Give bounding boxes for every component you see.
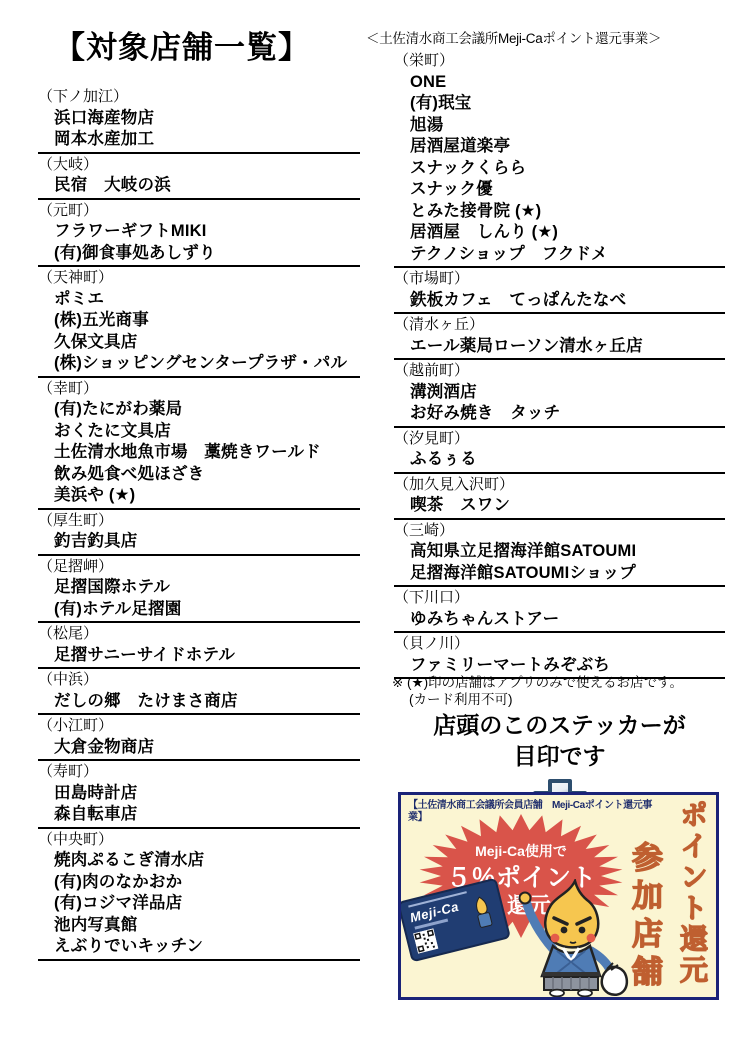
sticker-image: 【土佐清水商工会議所会員店舗 Meji-Caポイント還元事業】 Meji-Ca使…	[398, 792, 719, 1000]
callout-line-1: 店頭のこのステッカーが	[394, 710, 725, 741]
area-section: （中浜） だしの郷 たけまさ商店	[38, 669, 360, 715]
area-section: （汐見町） ふるぅる	[394, 428, 725, 474]
store-name: とみた接骨院 (★)	[394, 201, 725, 223]
store-name: (有)肉のなかおか	[38, 872, 360, 894]
store-name: 飲み処食べ処ほざき	[38, 464, 360, 486]
store-name: ふるぅる	[394, 449, 725, 471]
store-name: 久保文具店	[38, 332, 360, 354]
store-name: (株)ショッピングセンタープラザ・パル	[38, 353, 360, 375]
store-name: ポミエ	[38, 289, 360, 311]
store-name: フラワーギフトMIKI	[38, 221, 360, 243]
store-name: 旭湯	[394, 115, 725, 137]
area-name: （小江町）	[38, 715, 360, 737]
store-name: 土佐清水地魚市場 藁焼きワールド	[38, 442, 360, 464]
area-section: （下川口） ゆみちゃんストアー	[394, 587, 725, 633]
area-section: （越前町） 溝渕酒店お好み焼き タッチ	[394, 360, 725, 428]
note-line-1: ※ (★)印の店舗はアプリのみで使えるお店です。	[392, 674, 732, 691]
area-name: （栄町）	[394, 50, 725, 72]
area-name: （清水ヶ丘）	[394, 314, 725, 336]
area-section: （厚生町） 釣吉釣具店	[38, 510, 360, 556]
store-name: 釣吉釣具店	[38, 531, 360, 553]
store-name: 居酒屋道楽亭	[394, 136, 725, 158]
store-name: 美浜や (★)	[38, 485, 360, 507]
store-name: (有)御食事処あしずり	[38, 243, 360, 265]
store-name: 足摺海洋館SATOUMIショップ	[394, 563, 725, 585]
card-mascot-icon	[470, 894, 496, 931]
store-name: (有)コジマ洋品店	[38, 893, 360, 915]
area-name: （貝ノ川）	[394, 633, 725, 655]
area-name: （寿町）	[38, 761, 360, 783]
store-name: 民宿 大岐の浜	[38, 175, 360, 197]
store-name: 高知県立足摺海洋館SATOUMI	[394, 541, 725, 563]
area-name: （幸町）	[38, 378, 360, 400]
store-name: 浜口海産物店	[38, 108, 360, 130]
area-section: （元町） フラワーギフトMIKI(有)御食事処あしずり	[38, 200, 360, 268]
area-section: （寿町） 田島時計店森自転車店	[38, 761, 360, 829]
program-subtitle: ＜土佐清水商工会議所Meji-Caポイント還元事業＞	[366, 27, 661, 47]
mascot-character	[497, 879, 639, 997]
store-name: エール薬局ローソン清水ヶ丘店	[394, 336, 725, 358]
store-name: 鉄板カフェ てっぱんたなべ	[394, 290, 725, 312]
store-name: 池内写真館	[38, 915, 360, 937]
burst-line-1: Meji-Ca使用で	[475, 843, 567, 859]
store-name: (有)珉宝	[394, 93, 725, 115]
area-name: （市場町）	[394, 268, 725, 290]
area-section: （小江町） 大倉金物商店	[38, 715, 360, 761]
store-name: (有)ホテル足摺園	[38, 599, 360, 621]
store-name: お好み焼き タッチ	[394, 403, 725, 425]
store-name: ゆみちゃんストアー	[394, 609, 725, 631]
area-name: （中浜）	[38, 669, 360, 691]
area-section: （清水ヶ丘） エール薬局ローソン清水ヶ丘店	[394, 314, 725, 360]
area-name: （天神町）	[38, 267, 360, 289]
area-section: （幸町） (有)たにがわ薬局おくたに文具店土佐清水地魚市場 藁焼きワールド飲み処…	[38, 378, 360, 510]
area-section: （加久見入沢町） 喫茶 スワン	[394, 474, 725, 520]
vertical-text-participating-stores: 参加店舗	[629, 841, 660, 993]
area-section: （松尾） 足摺サニーサイドホテル	[38, 623, 360, 669]
meji-ca-card: Meji-Ca	[398, 878, 511, 963]
area-name: （足摺岬）	[38, 556, 360, 578]
area-name: （加久見入沢町）	[394, 474, 725, 496]
store-list-right-column: （栄町） ONE(有)珉宝旭湯居酒屋道楽亭スナックくららスナック優とみた接骨院 …	[394, 50, 725, 679]
store-name: スナックくらら	[394, 158, 725, 180]
store-name: 足摺サニーサイドホテル	[38, 645, 360, 667]
page-title: 【対象店舗一覧】	[54, 22, 310, 67]
store-name: ONE	[394, 72, 725, 94]
area-section: （貝ノ川） ファミリーマートみぞぶち	[394, 633, 725, 679]
area-section: （天神町） ポミエ(株)五光商事久保文具店(株)ショッピングセンタープラザ・パル	[38, 267, 360, 378]
store-name: 岡本水産加工	[38, 129, 360, 151]
app-only-note: ※ (★)印の店舗はアプリのみで使えるお店です。 (カード利用不可)	[392, 674, 732, 708]
area-section: （下ノ加江） 浜口海産物店岡本水産加工	[38, 86, 360, 154]
store-name: ファミリーマートみぞぶち	[394, 655, 725, 677]
store-name: テクノショップ フクドメ	[394, 244, 725, 266]
area-name: （中央町）	[38, 829, 360, 851]
area-name: （厚生町）	[38, 510, 360, 532]
store-name: 居酒屋 しんり (★)	[394, 222, 725, 244]
store-name: 溝渕酒店	[394, 382, 725, 404]
store-name: 足摺国際ホテル	[38, 577, 360, 599]
callout-line-2: 目印です	[394, 741, 725, 772]
sticker-callout: 店頭のこのステッカーが 目印です	[394, 710, 725, 772]
vertical-text-point-return: ポイント還元	[678, 800, 706, 986]
store-name: 喫茶 スワン	[394, 495, 725, 517]
area-section: （三崎） 高知県立足摺海洋館SATOUMI足摺海洋館SATOUMIショップ	[394, 520, 725, 588]
store-name: 田島時計店	[38, 783, 360, 805]
store-name: 森自転車店	[38, 804, 360, 826]
area-name: （松尾）	[38, 623, 360, 645]
store-name: だしの郷 たけまさ商店	[38, 691, 360, 713]
area-section: （足摺岬） 足摺国際ホテル(有)ホテル足摺園	[38, 556, 360, 624]
area-name: （下ノ加江）	[38, 86, 360, 108]
store-name: えぶりでいキッチン	[38, 936, 360, 958]
store-name: 大倉金物商店	[38, 737, 360, 759]
area-name: （大岐）	[38, 154, 360, 176]
area-name: （汐見町）	[394, 428, 725, 450]
area-section: （栄町） ONE(有)珉宝旭湯居酒屋道楽亭スナックくららスナック優とみた接骨院 …	[394, 50, 725, 268]
store-name: (株)五光商事	[38, 310, 360, 332]
store-name: スナック優	[394, 179, 725, 201]
area-name: （下川口）	[394, 587, 725, 609]
store-list-left-column: （下ノ加江） 浜口海産物店岡本水産加工 （大岐） 民宿 大岐の浜 （元町） フラ…	[38, 86, 360, 961]
area-name: （元町）	[38, 200, 360, 222]
area-section: （市場町） 鉄板カフェ てっぱんたなべ	[394, 268, 725, 314]
store-name: 焼肉ぷるこぎ清水店	[38, 850, 360, 872]
store-name: おくたに文具店	[38, 421, 360, 443]
store-name: (有)たにがわ薬局	[38, 399, 360, 421]
area-name: （三崎）	[394, 520, 725, 542]
qr-code	[413, 928, 438, 953]
note-line-2: (カード利用不可)	[392, 691, 732, 708]
area-section: （中央町） 焼肉ぷるこぎ清水店(有)肉のなかおか(有)コジマ洋品店池内写真館えぶ…	[38, 829, 360, 961]
area-section: （大岐） 民宿 大岐の浜	[38, 154, 360, 200]
area-name: （越前町）	[394, 360, 725, 382]
